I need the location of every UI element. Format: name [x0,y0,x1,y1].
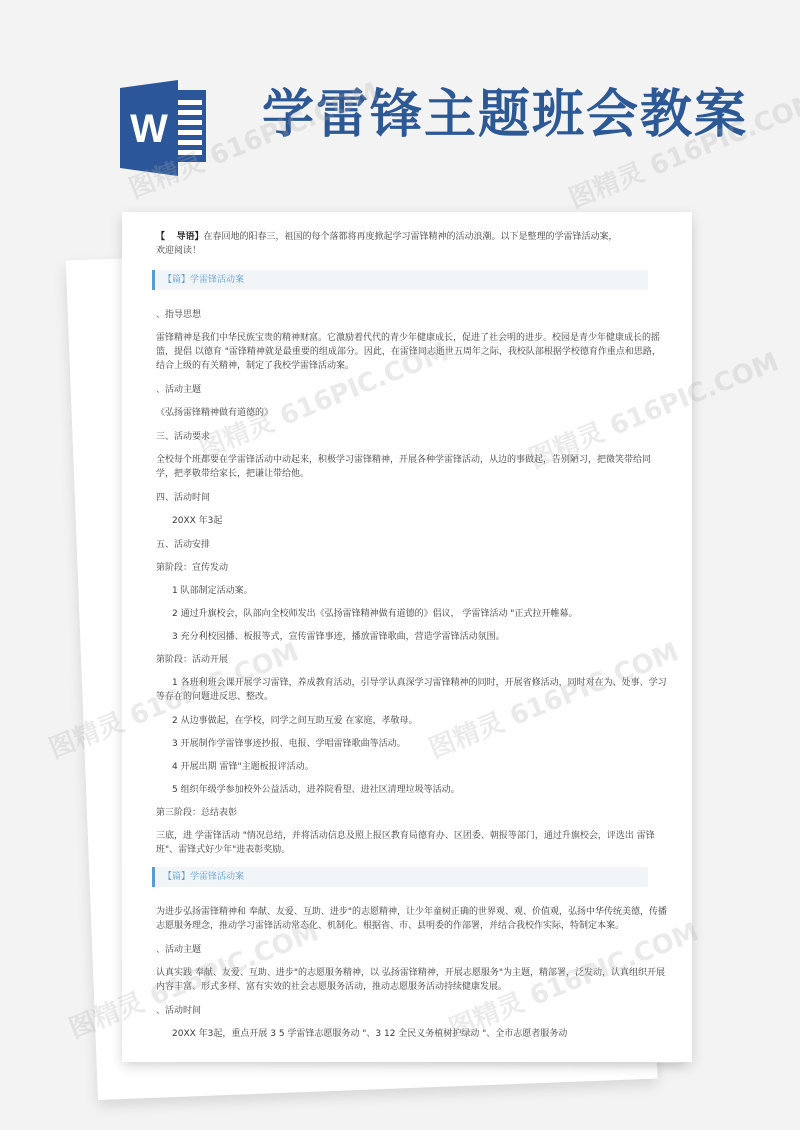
page-stage: W 学雷锋主题班会教案 【 导语】在春回地的阳春三，祖国的每个落都将再度掀起学习… [0,0,800,1130]
paragraph: 20XX 年3起 [156,514,668,528]
heading-activity-arrangement: 五、活动安排 [156,538,668,552]
list-item: 4 开展出期 雷锋"主题板报评活动。 [156,760,668,774]
paragraph: 认真实践 奉献、友爱、互助、进步"的志愿服务精神，以 弘扬雷锋精神，开展志愿服务… [156,966,668,994]
paragraph: 雷锋精神是我们中华民族宝贵的精神财富。它激励着代代的青少年健康成长，促进了社会明… [156,331,668,373]
list-item: 2 通过升旗校会，队部向全校师发出《弘扬雷锋精神做有道德的》倡议， 学雷锋活动 … [156,607,668,621]
page-title: 学雷锋主题班会教案 [262,80,748,150]
svg-text:W: W [130,107,168,151]
paragraph: 三底，进 学雷锋活动 "情况总结，并将活动信息及照上报区教育局德育办、区团委、朝… [156,829,668,857]
list-item: 1 队部制定活动案。 [156,584,668,598]
heading-activity-time: 四、活动时间 [156,491,668,505]
list-item: 3 充分利校园播、板报等式，宣传雷锋事迹，播放雷锋歌曲，营造学雷锋活动氛围。 [156,630,668,644]
paragraph: 20XX 年3起，重点开展 3 5 学雷锋志愿服务动 "、3 12 全民义务植树… [156,1027,668,1041]
list-item: 2 从边事做起，在学校，同学之间互助互爱 在家庭，孝敬母。 [156,714,668,728]
heading-activity-theme: 、活动主题 [156,383,668,397]
section-heading-2: 【篇】学雷锋活动案 [152,867,648,887]
intro-paragraph: 【 导语】在春回地的阳春三，祖国的每个落都将再度掀起学习雷锋精神的活动浪潮。以下… [156,230,668,258]
heading-activity-requirements: 三、活动要求 [156,430,668,444]
heading-guiding-ideology: 、指导思想 [156,308,668,322]
heading-activity-time-2: 、活动时间 [156,1004,668,1018]
paragraph: 为进步弘扬雷锋精神和 奉献、友爱、互助、进步"的志愿精神，让少年童树正确的世界观… [156,905,668,933]
section-heading-1: 【篇】学雷锋活动案 [152,270,648,290]
stage-1-heading: 第阶段：宣传发动 [156,561,668,575]
list-item: 5 组织年级学参加校外公益活动，进养院看望、进社区清理垃圾等活动。 [156,783,668,797]
heading-activity-theme-2: 、活动主题 [156,943,668,957]
stage-2-heading: 第阶段：活动开展 [156,653,668,667]
paragraph: 《弘扬雷锋精神做有道德的》 [156,406,668,420]
header: W 学雷锋主题班会教案 [0,0,800,200]
list-item: 3 开展制作学雷锋事迹抄报、电报、学唱雷锋歌曲等活动。 [156,737,668,751]
document-page: 【 导语】在春回地的阳春三，祖国的每个落都将再度掀起学习雷锋精神的活动浪潮。以下… [122,212,692,1062]
list-item: 1 各班利班会课开展学习雷锋，养成教育活动，引导学认真深学习雷锋精神的同时，开展… [156,676,668,704]
paragraph: 全校每个班都要在学雷锋活动中动起来，积极学习雷锋精神，开展各种学雷锋活动，从边的… [156,453,668,481]
word-icon: W [110,80,210,180]
stage-3-heading: 第三阶段：总结表彰 [156,806,668,820]
